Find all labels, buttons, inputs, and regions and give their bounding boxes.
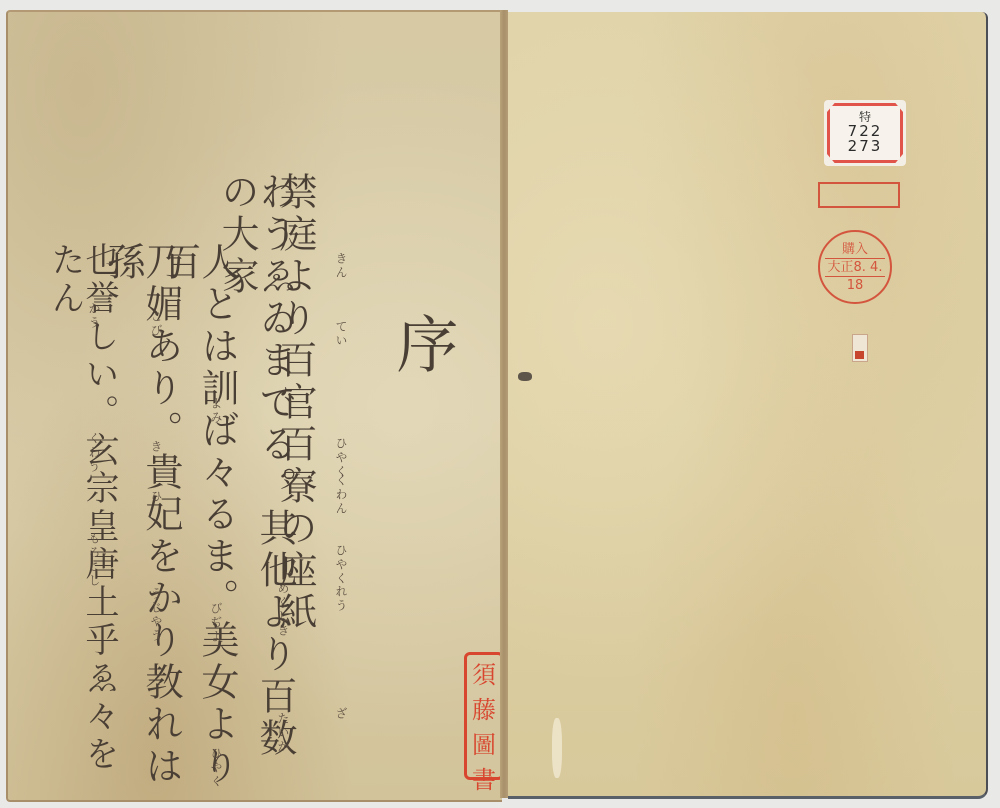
book-spread: 序 禁庭より百官百寮の座紙 わうゑゐまでる。其他より百数の大家 人とは訓ば々るま… bbox=[6, 8, 990, 800]
furigana-kin: きん bbox=[333, 252, 350, 280]
furigana-bi: こび bbox=[148, 310, 165, 338]
wormhole-stain bbox=[518, 372, 532, 381]
seal-char: 書 bbox=[472, 760, 496, 795]
furigana-za: ざ bbox=[333, 707, 350, 721]
furigana-hi: ひ bbox=[148, 490, 165, 504]
furigana-hyaku1: ひやく bbox=[333, 437, 350, 479]
seal-char: 圖 bbox=[472, 725, 496, 760]
furigana-kuwa: くわう bbox=[86, 432, 103, 474]
furigana-bijo: びぢよ bbox=[208, 602, 225, 644]
furigana-yomi: よみ bbox=[208, 397, 225, 425]
small-red-seal bbox=[852, 334, 868, 362]
furigana-ujou: うじやう bbox=[148, 587, 165, 643]
right-page bbox=[508, 12, 988, 799]
call-number-label: 特 722 273 bbox=[824, 100, 906, 166]
furigana-ryou: れう bbox=[333, 585, 350, 613]
furigana-morokoshi: もろこし bbox=[86, 532, 103, 588]
furigana-hyaku2: ひやく bbox=[333, 544, 350, 586]
acquisition-date-stamp: 購入 大正8. 4. 18 bbox=[818, 230, 892, 304]
furigana-mekiki: めくしき bbox=[275, 582, 292, 638]
furigana-hyaku3: ひやく bbox=[208, 747, 225, 789]
stamp-top: 購入 bbox=[825, 241, 885, 258]
furigana-kasu: かう bbox=[86, 302, 103, 330]
stamp-number: 18 bbox=[825, 277, 885, 294]
sudo-library-seal: 須 藤 圖 書 bbox=[464, 652, 504, 780]
furigana-kan: くわん bbox=[333, 474, 350, 516]
label-line-3: 273 bbox=[848, 139, 883, 155]
paper-tear bbox=[552, 718, 562, 778]
preface-heading: 序 bbox=[378, 312, 467, 374]
seal-char: 藤 bbox=[472, 690, 496, 725]
left-page: 序 禁庭より百官百寮の座紙 わうゑゐまでる。其他より百数の大家 人とは訓ば々るま… bbox=[6, 10, 502, 802]
furigana-ki: き bbox=[148, 440, 165, 454]
text-column-5: 也誉しい。玄宗皇唐土乎ゑ々をたん bbox=[48, 242, 116, 802]
stamp-date: 大正8. 4. bbox=[825, 258, 885, 277]
furigana-tei: てい bbox=[333, 320, 350, 348]
blank-rect-stamp bbox=[818, 182, 900, 208]
furigana-taika: たいか bbox=[275, 712, 292, 754]
book-spine bbox=[500, 10, 508, 798]
seal-char: 須 bbox=[472, 655, 496, 690]
